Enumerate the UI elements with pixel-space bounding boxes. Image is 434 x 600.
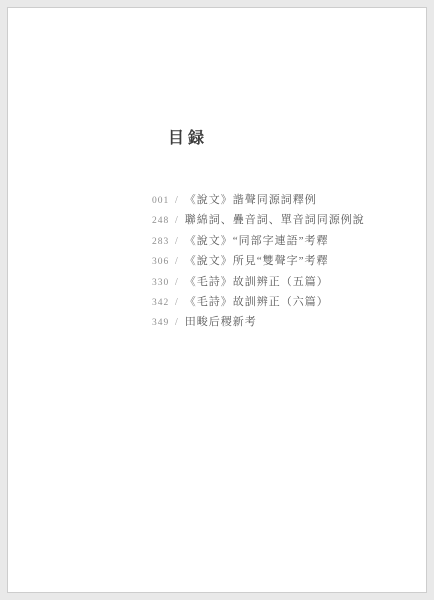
toc-entry-page-number: 248 (152, 211, 170, 231)
toc-entry-title: 《說文》“同部字連語”考釋 (185, 235, 329, 247)
toc-entry-title: 《說文》諧聲同源詞釋例 (185, 194, 317, 206)
toc-entry-page-number: 283 (152, 232, 170, 252)
toc-entry-separator: / (175, 273, 178, 293)
toc-entry: 283/《說文》“同部字連語”考釋 (152, 231, 365, 251)
toc-entry-separator: / (175, 232, 178, 252)
toc-entry-separator: / (175, 191, 178, 211)
toc-list: 001/《說文》諧聲同源詞釋例 248/聯綿詞、疊音詞、單音詞同源例說 283/… (152, 190, 365, 333)
toc-entry: 306/《說文》所見“雙聲字”考釋 (152, 251, 365, 271)
toc-entry: 001/《說文》諧聲同源詞釋例 (152, 190, 365, 210)
toc-entry-page-number: 349 (152, 313, 170, 333)
toc-entry-title: 《毛詩》故訓辨正（六篇） (185, 296, 329, 308)
toc-title: 目録 (168, 131, 208, 147)
toc-entry: 248/聯綿詞、疊音詞、單音詞同源例說 (152, 210, 365, 230)
toc-entry-page-number: 001 (152, 191, 170, 211)
toc-entry-page-number: 330 (152, 273, 170, 293)
toc-entry-separator: / (175, 211, 178, 231)
toc-entry-page-number: 342 (152, 293, 170, 313)
toc-entry-title: 田畯后稷新考 (185, 316, 257, 328)
document-viewport: 目録 001/《說文》諧聲同源詞釋例 248/聯綿詞、疊音詞、單音詞同源例說 2… (0, 0, 434, 600)
toc-entry: 342/《毛詩》故訓辨正（六篇） (152, 292, 365, 312)
toc-entry: 330/《毛詩》故訓辨正（五篇） (152, 272, 365, 292)
toc-entry-separator: / (175, 293, 178, 313)
toc-entry: 349/田畯后稷新考 (152, 312, 365, 332)
toc-entry-separator: / (175, 252, 178, 272)
toc-entry-title: 《毛詩》故訓辨正（五篇） (185, 276, 329, 288)
toc-entry-title: 《說文》所見“雙聲字”考釋 (185, 255, 329, 267)
document-page: 目録 001/《說文》諧聲同源詞釋例 248/聯綿詞、疊音詞、單音詞同源例說 2… (7, 7, 427, 593)
toc-entry-title: 聯綿詞、疊音詞、單音詞同源例說 (185, 214, 365, 226)
toc-entry-page-number: 306 (152, 252, 170, 272)
toc-entry-separator: / (175, 313, 178, 333)
